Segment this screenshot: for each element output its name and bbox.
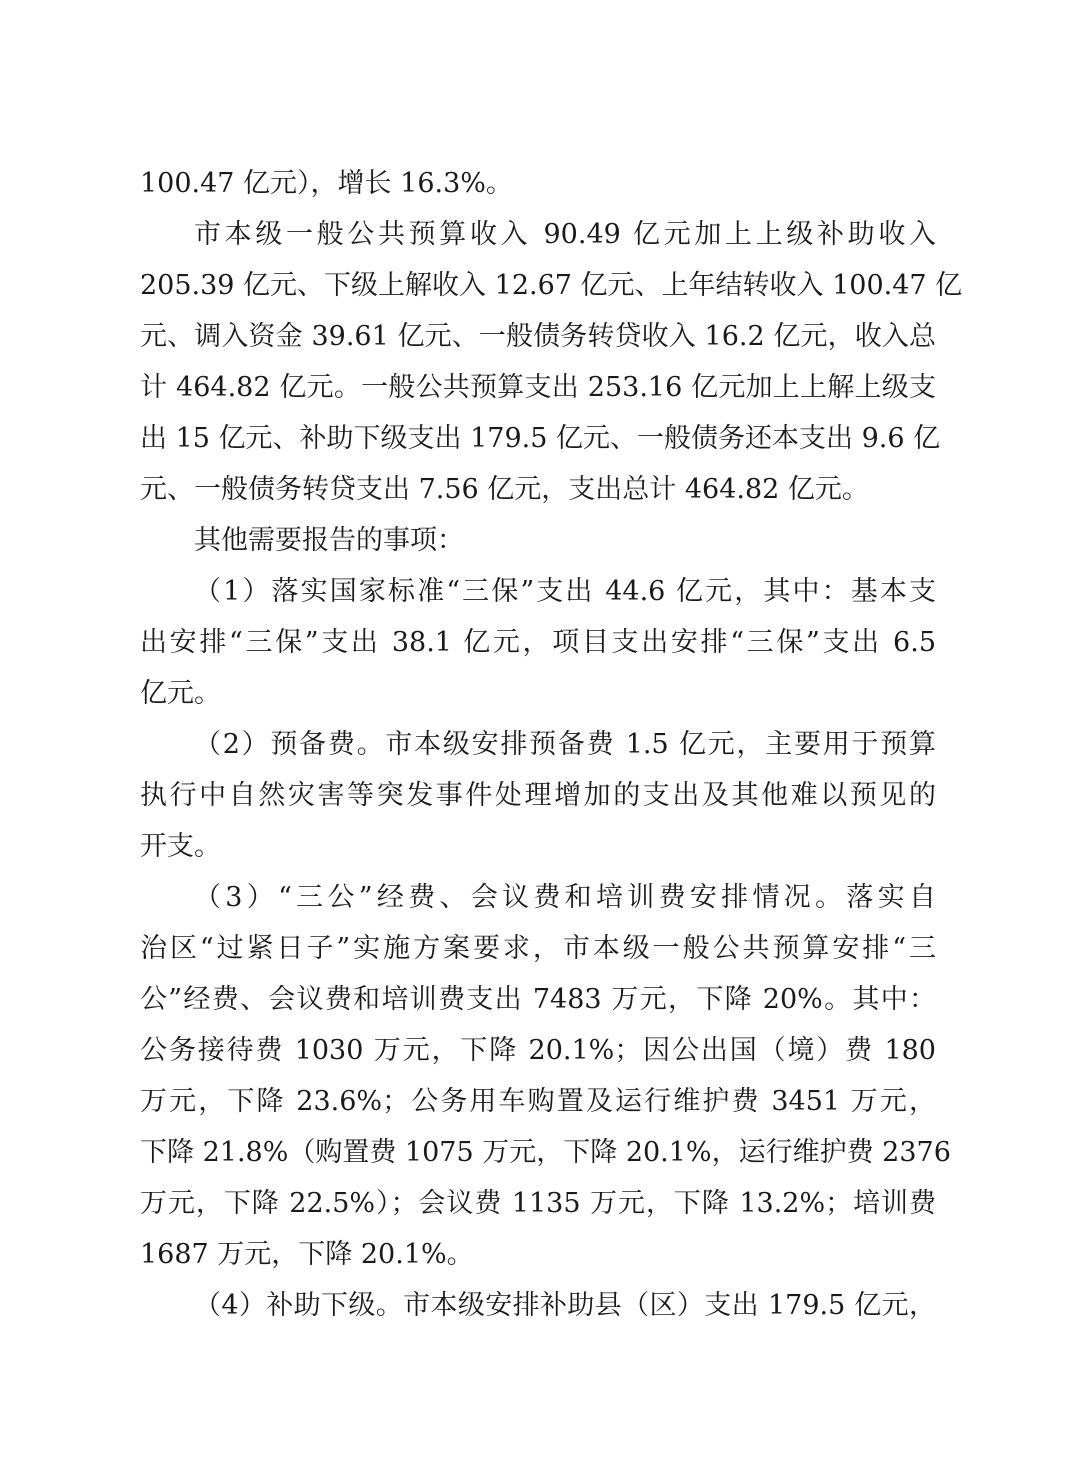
- paragraph-line: 出 15 亿元、补助下级支出 179.5 亿元、一般债务还本支出 9.6 亿: [140, 419, 936, 459]
- list-item-1-line: 出安排“三保”支出 38.1 亿元，项目支出安排“三保”支出 6.5: [140, 623, 936, 663]
- list-item-2-line: 开支。: [140, 827, 936, 867]
- list-item-2-line: （2）预备费。市本级安排预备费 1.5 亿元，主要用于预算: [194, 725, 936, 765]
- list-item-3-line: 治区“过紧日子”实施方案要求，市本级一般公共预算安排“三: [140, 929, 936, 969]
- list-item-2-line: 执行中自然灾害等突发事件处理增加的支出及其他难以预见的: [140, 776, 936, 816]
- paragraph-line: 100.47 亿元），增长 16.3%。: [140, 164, 936, 204]
- list-item-1-line: 亿元。: [140, 674, 936, 714]
- list-item-3-line: 万元，下降 23.6%；公务用车购置及运行维护费 3451 万元，: [140, 1082, 936, 1122]
- list-item-3-line: 下降 21.8%（购置费 1075 万元，下降 20.1%，运行维护费 2376: [140, 1133, 936, 1173]
- list-item-3-line: 1687 万元，下降 20.1%。: [140, 1235, 936, 1275]
- paragraph-line: 205.39 亿元、下级上解收入 12.67 亿元、上年结转收入 100.47 …: [140, 266, 936, 306]
- paragraph-line: 元、调入资金 39.61 亿元、一般债务转贷收入 16.2 亿元，收入总: [140, 317, 936, 357]
- document-page: 100.47 亿元），增长 16.3%。 市本级一般公共预算收入 90.49 亿…: [0, 0, 1074, 1484]
- paragraph-line: 市本级一般公共预算收入 90.49 亿元加上上级补助收入: [194, 215, 936, 255]
- list-item-4-line: （4）补助下级。市本级安排补助县（区）支出 179.5 亿元，: [194, 1286, 936, 1326]
- list-item-3-line: （3）“三公”经费、会议费和培训费安排情况。落实自: [194, 878, 936, 918]
- list-item-3-line: 万元，下降 22.5%）；会议费 1135 万元，下降 13.2%；培训费: [140, 1184, 936, 1224]
- paragraph-line: 计 464.82 亿元。一般公共预算支出 253.16 亿元加上上解上级支: [140, 368, 936, 408]
- list-item-3-line: 公”经费、会议费和培训费支出 7483 万元，下降 20%。其中：: [140, 980, 936, 1020]
- paragraph-line: 元、一般债务转贷支出 7.56 亿元，支出总计 464.82 亿元。: [140, 470, 936, 510]
- list-item-1-line: （1）落实国家标准“三保”支出 44.6 亿元，其中：基本支: [194, 572, 936, 612]
- section-heading: 其他需要报告的事项：: [194, 521, 936, 561]
- list-item-3-line: 公务接待费 1030 万元，下降 20.1%；因公出国（境）费 180: [140, 1031, 936, 1071]
